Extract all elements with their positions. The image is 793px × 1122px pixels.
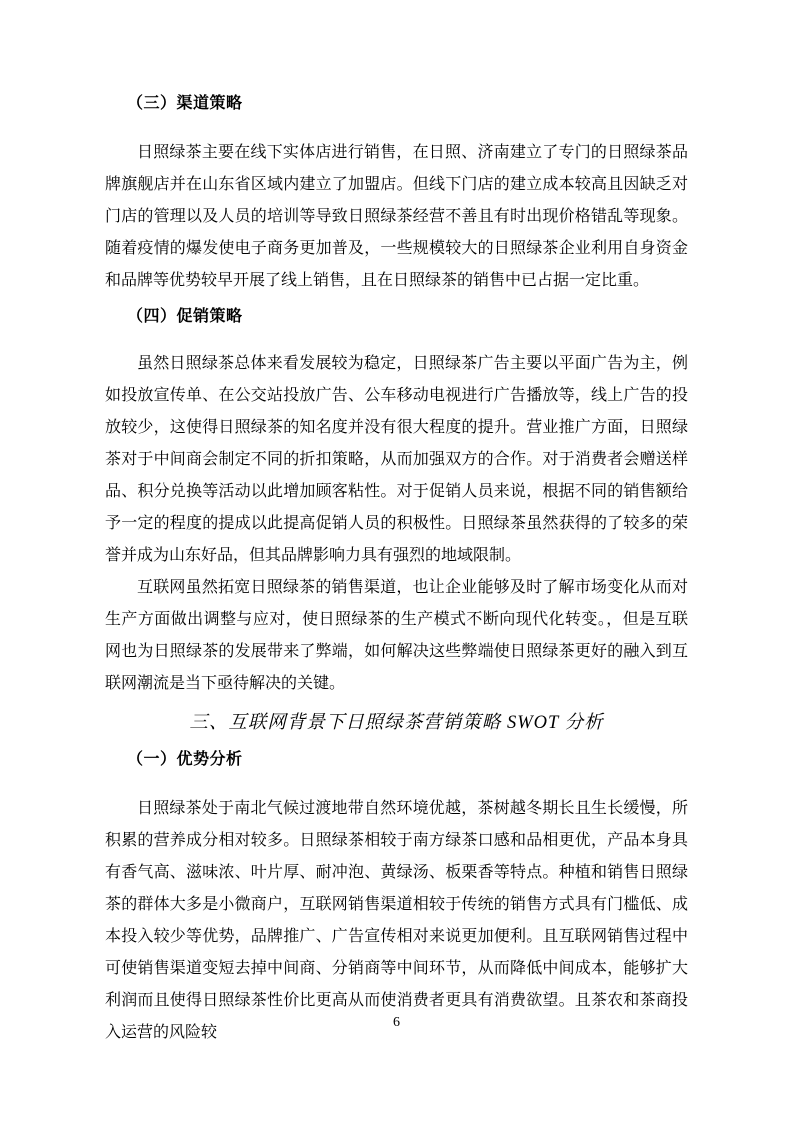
page-number: 6: [105, 1014, 688, 1032]
heading-strength-analysis: （一）优势分析: [105, 748, 688, 772]
heading-channel-strategy: （三）渠道策略: [105, 92, 688, 116]
paragraph-channel-strategy: 日照绿茶主要在线下实体店进行销售，在日照、济南建立了专门的日照绿茶品牌旗舰店并在…: [105, 137, 688, 297]
paragraph-promotion-strategy: 虽然日照绿茶总体来看发展较为稳定，日照绿茶广告主要以平面广告为主，例如投放宣传单…: [105, 348, 688, 572]
document-page: （三）渠道策略 日照绿茶主要在线下实体店进行销售，在日照、济南建立了专门的日照绿…: [0, 0, 793, 1122]
chapter-heading-swot-analysis: 三、互联网背景下日照绿茶营销策略 SWOT 分析: [105, 708, 688, 738]
paragraph-strength-analysis: 日照绿茶处于南北气候过渡地带自然环境优越，茶树越冬期长且生长缓慢，所积累的营养成…: [105, 793, 688, 1049]
paragraph-internet-impact: 互联网虽然拓宽日照绿茶的销售渠道，也让企业能够及时了解市场变化从而对生产方面做出…: [105, 572, 688, 700]
heading-promotion-strategy: （四）促销策略: [105, 305, 688, 329]
